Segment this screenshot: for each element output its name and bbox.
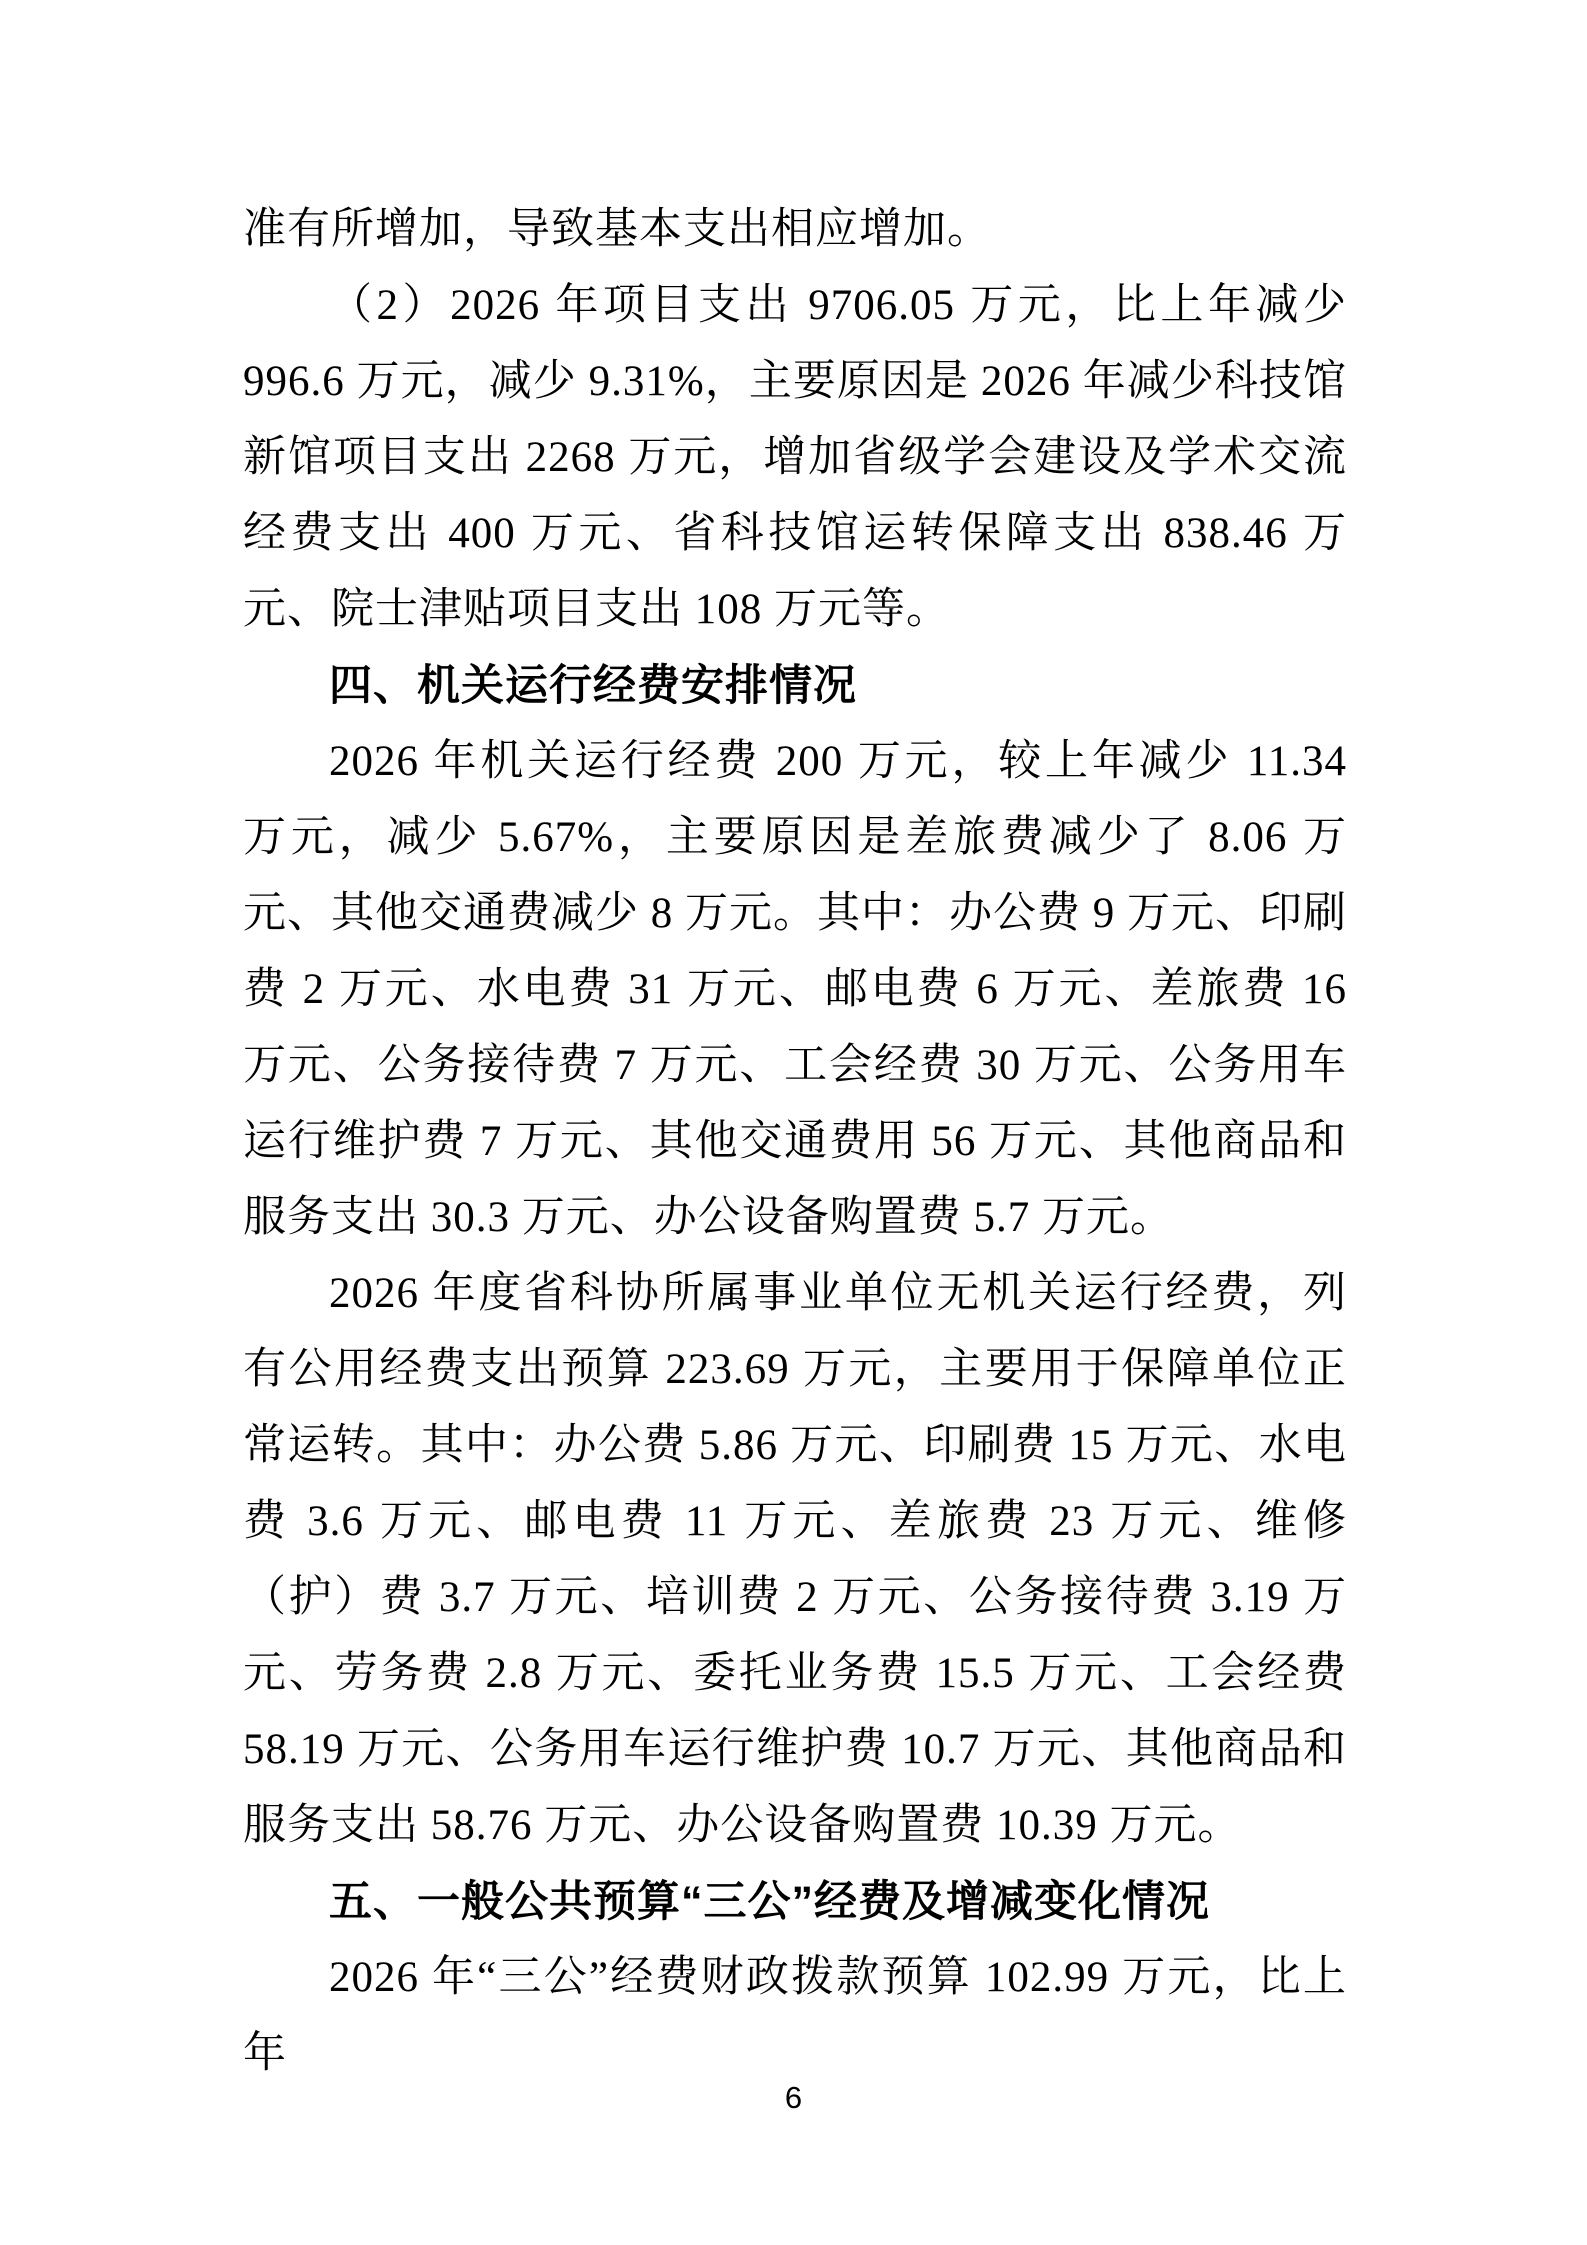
paragraph-agency-operating-funds: 2026 年机关运行经费 200 万元，较上年减少 11.34 万元，减少 5.… <box>243 724 1347 1256</box>
document-page: 准有所增加，导致基本支出相应增加。 （2）2026 年项目支出 9706.05 … <box>0 0 1587 2245</box>
section-heading-three-public-funds: 五、一般公共预算“三公”经费及增减变化情况 <box>243 1864 1347 1940</box>
page-number: 6 <box>0 2078 1587 2118</box>
paragraph-three-public-funds: 2026 年“三公”经费财政拨款预算 102.99 万元，比上年 <box>243 1940 1347 2092</box>
page-content: 准有所增加，导致基本支出相应增加。 （2）2026 年项目支出 9706.05 … <box>243 192 1347 2092</box>
paragraph-institution-public-funds: 2026 年度省科协所属事业单位无机关运行经费，列有公用经费支出预算 223.6… <box>243 1256 1347 1864</box>
section-heading-agency-operating-funds: 四、机关运行经费安排情况 <box>243 648 1347 724</box>
paragraph-project-expenditure: （2）2026 年项目支出 9706.05 万元，比上年减少 996.6 万元，… <box>243 268 1347 648</box>
paragraph-basic-expenditure-continuation: 准有所增加，导致基本支出相应增加。 <box>243 192 1347 268</box>
